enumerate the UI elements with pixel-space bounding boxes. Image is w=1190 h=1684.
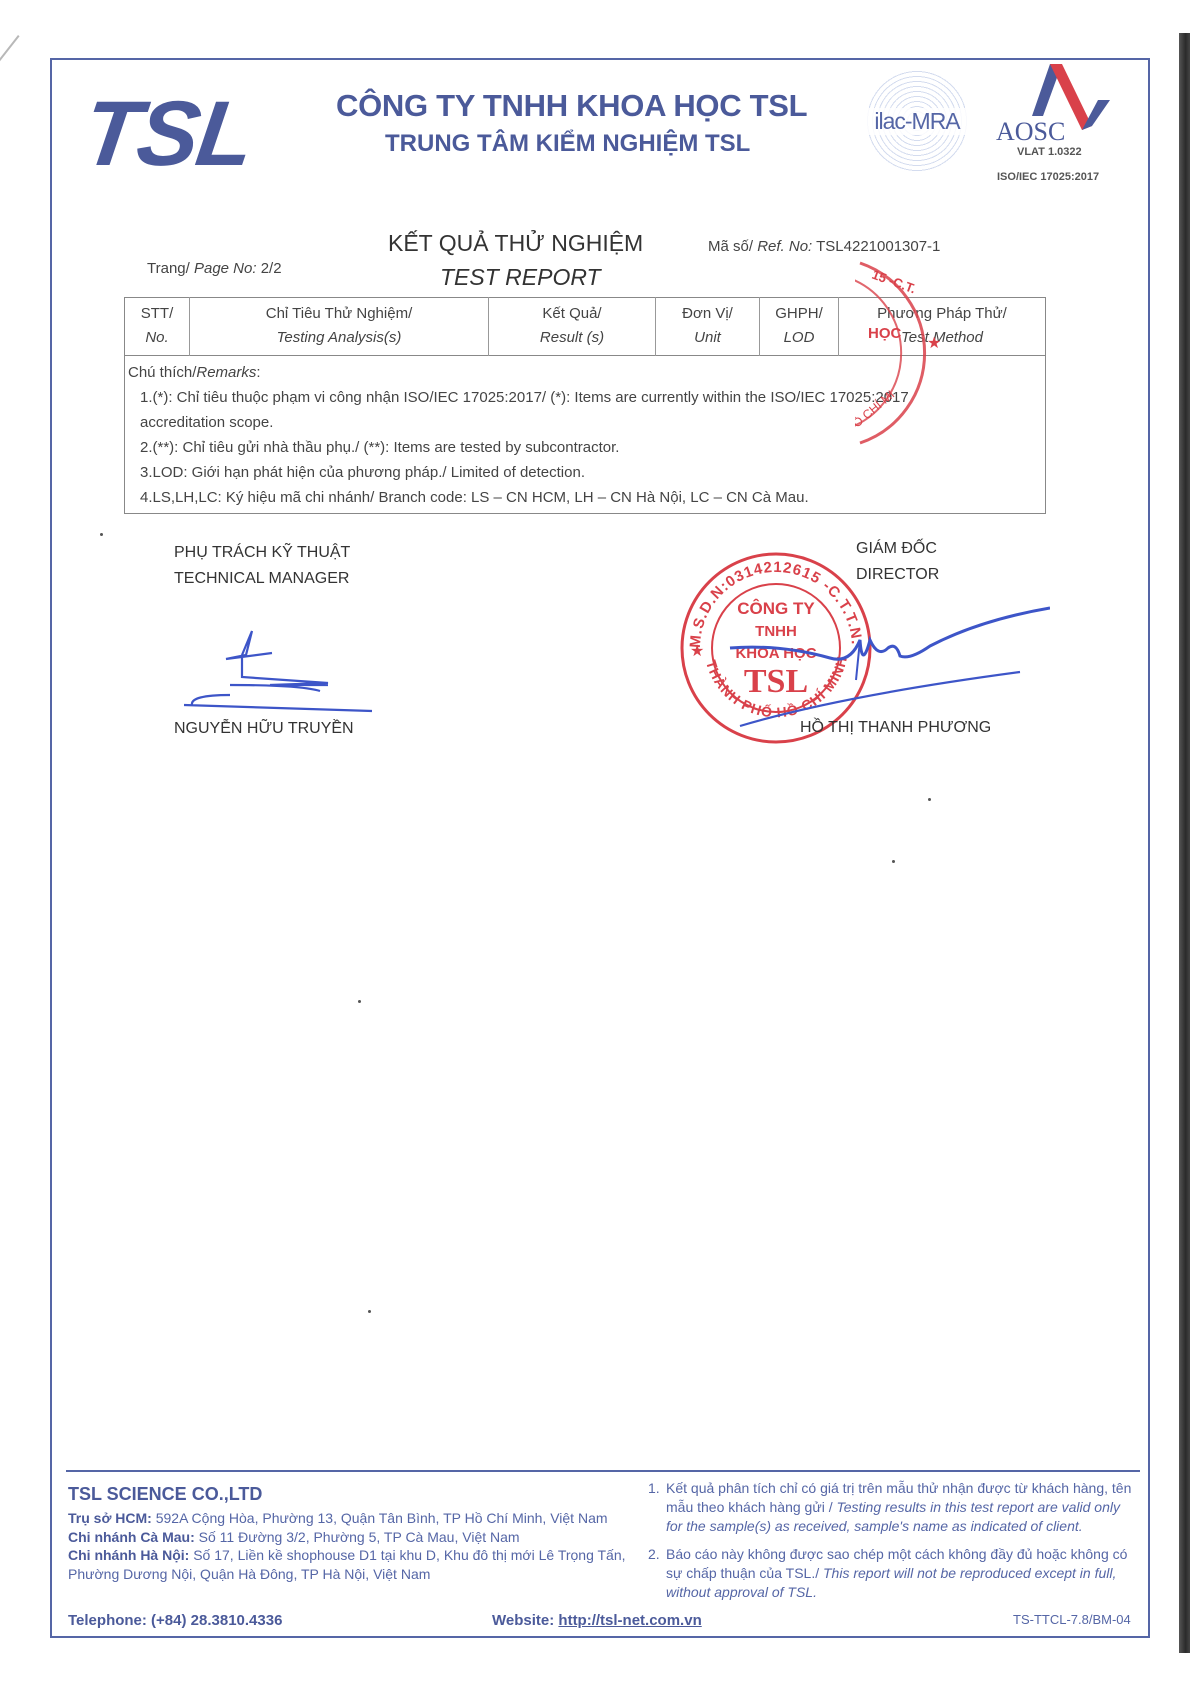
hq-address: Trụ sở HCM: 592A Cộng Hòa, Phường 13, Qu… — [68, 1509, 628, 1528]
scan-speck — [100, 533, 103, 536]
tsl-logo: TSL — [78, 88, 259, 180]
ilac-mra-label: ilac-MRA — [864, 108, 970, 135]
report-title-en: TEST REPORT — [440, 264, 601, 291]
col-unit: Đơn Vị/Unit — [656, 298, 760, 356]
technical-manager-name: NGUYỄN HỮU TRUYỀN — [174, 720, 354, 738]
scan-speck — [368, 1310, 371, 1313]
page-label-vi: Trang/ — [147, 260, 190, 277]
footer-note: 1. Kết quả phân tích chỉ có giá trị trên… — [648, 1479, 1138, 1536]
svg-text:15 -C.T.: 15 -C.T. — [870, 267, 918, 297]
partial-stamp-icon: 15 -C.T. HỌC ★ Ồ CHÍ MI — [855, 258, 955, 448]
footer-divider — [66, 1470, 1140, 1472]
footer-website: Website: http://tsl-net.com.vn — [492, 1612, 702, 1629]
scan-speck — [928, 798, 931, 801]
col-result: Kết Quả/Result (s) — [489, 298, 656, 356]
aosc-label: AOSC — [996, 117, 1065, 147]
svg-text:★: ★ — [927, 335, 941, 352]
remark-item: 4.LS,LH,LC: Ký hiệu mã chi nhánh/ Branch… — [128, 485, 1041, 510]
footer-note: 2. Báo cáo này không được sao chép một c… — [648, 1545, 1138, 1602]
form-code: TS-TTCL-7.8/BM-04 — [1013, 1612, 1131, 1627]
page-border — [50, 58, 1150, 1638]
company-name: CÔNG TY TNHH KHOA HỌC TSL — [336, 88, 807, 124]
footer-addresses: Trụ sở HCM: 592A Cộng Hòa, Phường 13, Qu… — [68, 1509, 628, 1583]
svg-text:★: ★ — [690, 643, 704, 660]
svg-text:HỌC: HỌC — [868, 325, 902, 342]
footer-notes: 1. Kết quả phân tích chỉ có giá trị trên… — [648, 1479, 1138, 1611]
page-value: 2/2 — [261, 260, 282, 277]
scan-fold-mark — [0, 35, 20, 154]
report-title-vi: KẾT QUẢ THỬ NGHIỆM — [388, 230, 643, 257]
footer-telephone: Telephone: (+84) 28.3810.4336 — [68, 1612, 282, 1629]
hanoi-address: Chi nhánh Hà Nội: Số 17, Liền kề shophou… — [68, 1546, 628, 1583]
ref-value: TSL4221001307-1 — [816, 238, 940, 255]
reference-number: Mã số/ Ref. No: TSL4221001307-1 — [708, 238, 940, 255]
col-no: STT/No. — [125, 298, 190, 356]
ref-label-vi: Mã số/ — [708, 238, 753, 255]
page-label-en: Page No: — [194, 260, 257, 277]
director-name: HỒ THỊ THANH PHƯƠNG — [800, 719, 991, 737]
footer-company: TSL SCIENCE CO.,LTD — [68, 1484, 262, 1505]
ilac-mra-logo-icon: ilac-MRA — [866, 70, 968, 172]
technical-manager-signature-icon — [180, 625, 380, 720]
scan-speck — [358, 1000, 361, 1003]
iso-standard: ISO/IEC 17025:2017 — [997, 171, 1099, 183]
vlat-code: VLAT 1.0322 — [1017, 146, 1082, 158]
website-link[interactable]: http://tsl-net.com.vn — [558, 1612, 701, 1629]
remark-item: 3.LOD: Giới hạn phát hiện của phương phá… — [128, 460, 1041, 485]
col-lod: GHPH/LOD — [760, 298, 839, 356]
page-number: Trang/ Page No: 2/2 — [147, 260, 282, 277]
ref-label-en: Ref. No: — [757, 238, 812, 255]
scan-edge-shadow — [1179, 33, 1190, 1653]
center-name: TRUNG TÂM KIỂM NGHIỆM TSL — [385, 130, 750, 158]
scan-speck — [892, 860, 895, 863]
col-testing-analysis: Chỉ Tiêu Thử Nghiệm/Testing Analysis(s) — [190, 298, 489, 356]
technical-manager-title: PHỤ TRÁCH KỸ THUẬT TECHNICAL MANAGER — [174, 540, 350, 592]
camau-address: Chi nhánh Cà Mau: Số 11 Đường 3/2, Phườn… — [68, 1528, 628, 1547]
